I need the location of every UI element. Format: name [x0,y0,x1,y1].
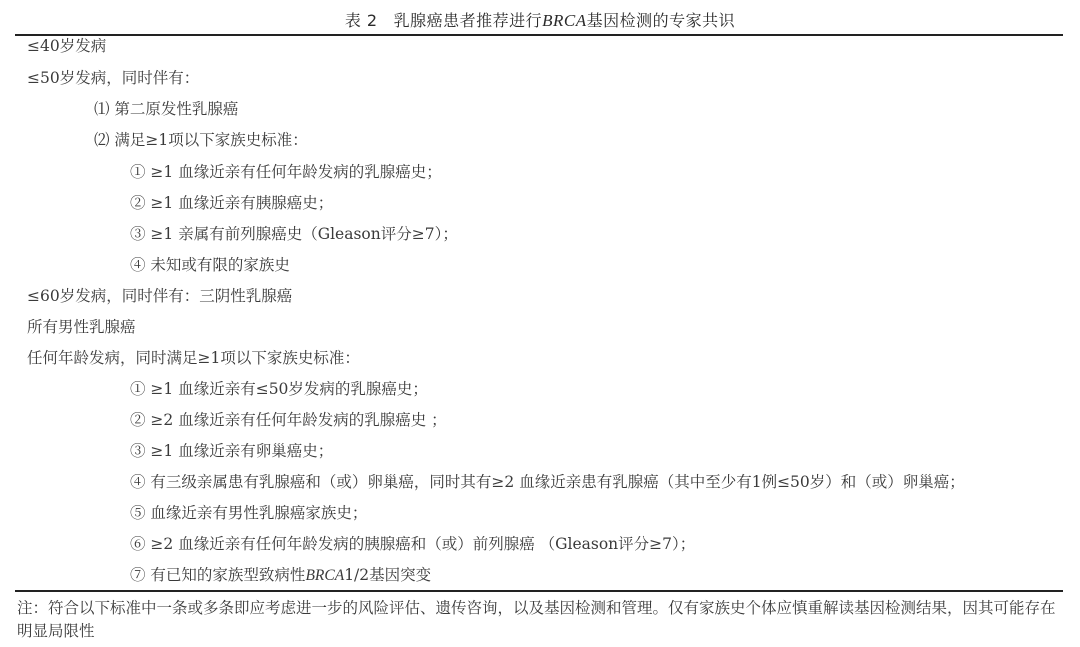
criteria-row: ① ≥1 血缘近亲有≤50岁发病的乳腺癌史； [130,379,428,399]
criteria-row: ≤40岁发病 [27,36,106,56]
criteria-row: ② ≥2 血缘近亲有任何年龄发病的乳腺癌史 ； [130,410,447,430]
criteria-row: 所有男性乳腺癌 [27,317,136,337]
criteria-row: ⑥ ≥2 血缘近亲有任何年龄发病的胰腺癌和（或）前列腺癌 （Gleason评分≥… [130,534,695,554]
table-title-suffix: 基因检测的专家共识 [587,11,736,30]
table-footnote: 注：符合以下标准中一条或多条即应考虑进一步的风险评估、遗传咨询，以及基因检测和管… [17,597,1057,643]
criteria-row: ⑤ 血缘近亲有男性乳腺癌家族史； [130,503,367,523]
criteria-row-suffix: 1/2基因突变 [344,566,431,584]
table-title: 表 2乳腺癌患者推荐进行BRCA基因检测的专家共识 [0,8,1080,31]
table-title-prefix: 乳腺癌患者推荐进行 [394,11,543,30]
table-title-gene: BRCA [542,11,587,30]
bottom-rule [15,590,1063,592]
criteria-row: ⑵ 满足≥1项以下家族史标准： [94,130,308,150]
criteria-row: ① ≥1 血缘近亲有任何年龄发病的乳腺癌史； [130,162,442,182]
criteria-row: ② ≥1 血缘近亲有胰腺癌史； [130,193,333,213]
criteria-row: ⑦ 有已知的家族型致病性BRCA1/2基因突变 [130,565,431,586]
criteria-row: ≤60岁发病，同时伴有：三阴性乳腺癌 [27,286,292,306]
table-number: 表 2 [345,11,378,30]
criteria-row: ≤50岁发病，同时伴有： [27,68,199,88]
criteria-row-prefix: ⑦ 有已知的家族型致病性 [130,566,305,584]
criteria-row: ③ ≥1 血缘近亲有卵巢癌史； [130,441,333,461]
criteria-row: 任何年龄发病，同时满足≥1项以下家族史标准： [27,348,360,368]
criteria-row: ④ 未知或有限的家族史 [130,255,290,275]
top-rule [15,34,1063,36]
criteria-row: ⑴ 第二原发性乳腺癌 [94,99,238,119]
criteria-row: ④ 有三级亲属患有乳腺癌和（或）卵巢癌，同时其有≥2 血缘近亲患有乳腺癌（其中至… [130,472,965,492]
criteria-row: ③ ≥1 亲属有前列腺癌史（Gleason评分≥7）； [130,224,458,244]
criteria-row-gene: BRCA [305,567,344,584]
